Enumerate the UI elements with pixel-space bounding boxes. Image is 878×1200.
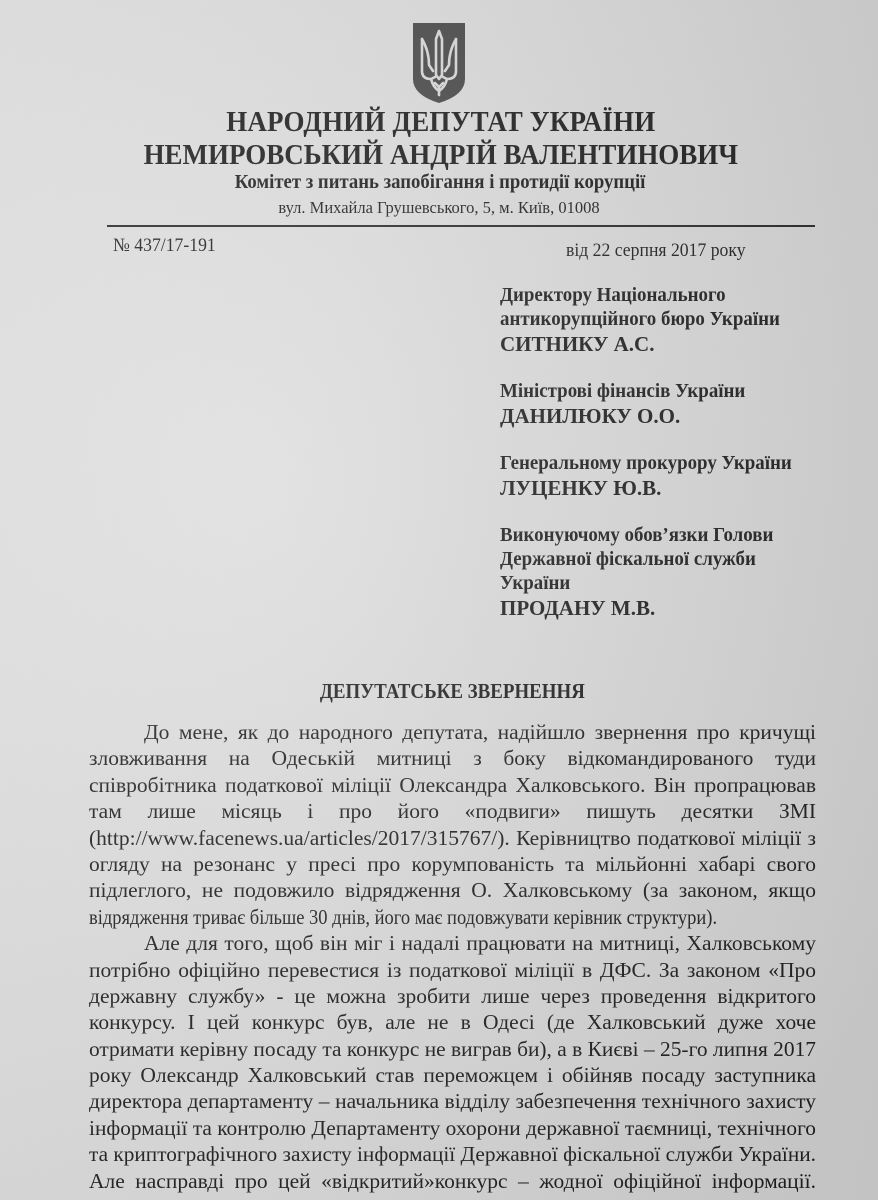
- body-line: Але для того, щоб він міг і надалі працю…: [89, 930, 816, 956]
- outgoing-number: № 437/17-191: [113, 235, 216, 257]
- body-line: року Олександр Халковський став переможц…: [89, 1062, 816, 1088]
- body-paragraph: Але для того, щоб він міг і надалі працю…: [89, 930, 816, 1194]
- body-line: та криптографічного захисту інформації Д…: [89, 1141, 816, 1167]
- recipients-block: Директору Національного антикорупційного…: [500, 284, 870, 644]
- body-line: там лише місяць і про його «подвиги» пиш…: [89, 798, 816, 824]
- body-line: державну службу» - це можна зробити лише…: [89, 983, 816, 1009]
- body-line: директора департаменту – начальника відд…: [89, 1088, 816, 1114]
- recipient-name: ПРОДАНУ М.В.: [500, 596, 870, 621]
- recipient-position-line: антикорупційного бюро України: [500, 308, 859, 332]
- recipient-position-line: Директору Національного: [500, 284, 859, 308]
- body-line: підлеглого, не подовжило відрядження О. …: [89, 877, 816, 903]
- recipient-name: ДАНИЛЮКУ О.О.: [500, 404, 870, 429]
- letterhead-address: вул. Михайла Грушевського, 5, м. Київ, 0…: [0, 198, 878, 218]
- letter-body: До мене, як до народного депутата, надій…: [89, 719, 816, 1194]
- ukraine-trident-coat-of-arms-icon: [411, 21, 467, 105]
- recipient-position-line: Генеральному прокурору України: [500, 452, 859, 476]
- letterhead-committee: Комітет з питань запобігання і протидії …: [19, 172, 862, 194]
- letterhead-deputy-name: НЕМИРОВСЬКИЙ АНДРІЙ ВАЛЕНТИНОВИЧ: [33, 139, 850, 172]
- recipient-name: СИТНИКУ А.С.: [500, 332, 870, 357]
- document-title: ДЕПУТАТСЬКЕ ЗВЕРНЕННЯ: [56, 679, 848, 704]
- scanned-letter-page: НАРОДНИЙ ДЕПУТАТ УКРАЇНИ НЕМИРОВСЬКИЙ АН…: [0, 0, 878, 1200]
- body-line: отримати керівну посаду та конкурс не ви…: [89, 1036, 816, 1062]
- recipient-position-line: Виконуючому обов’язки Голови: [500, 524, 859, 548]
- body-line: інформації та контролю Департаменту охор…: [89, 1115, 816, 1141]
- body-line: конкурсу. І цей конкурс був, але не в Од…: [89, 1009, 816, 1035]
- recipient-prosecutor-general: Генеральному прокурору України ЛУЦЕНКУ Ю…: [500, 452, 870, 501]
- recipient-position-line: Державної фіскальної служби: [500, 548, 859, 572]
- body-line: відрядження триває більше 30 днів, його …: [89, 904, 816, 930]
- body-line: зловживання на Одеській митниці з боку в…: [89, 745, 816, 771]
- recipient-nabu-director: Директору Національного антикорупційного…: [500, 284, 870, 357]
- body-line: (http://www.facenews.ua/articles/2017/31…: [89, 825, 816, 851]
- recipient-position-line: України: [500, 572, 859, 596]
- letter-date: від 22 серпня 2017 року: [566, 240, 746, 262]
- header-divider: [107, 225, 815, 227]
- recipient-position-line: Міністрові фінансів України: [500, 380, 859, 404]
- letterhead-title: НАРОДНИЙ ДЕПУТАТ УКРАЇНИ: [33, 106, 850, 139]
- body-line: Але насправді про цей «відкритий»конкурс…: [89, 1168, 816, 1194]
- body-line: потрібно офіційно перевестися із податко…: [89, 957, 816, 983]
- recipient-finance-minister: Міністрові фінансів України ДАНИЛЮКУ О.О…: [500, 380, 870, 429]
- body-line: До мене, як до народного депутата, надій…: [89, 719, 816, 745]
- body-line: огляду на резонанс у пресі про корумпова…: [89, 851, 816, 877]
- recipient-fiscal-service-head: Виконуючому обов’язки Голови Державної ф…: [500, 524, 870, 621]
- recipient-name: ЛУЦЕНКУ Ю.В.: [500, 476, 870, 501]
- body-line: співробітника податкової міліції Олексан…: [89, 772, 816, 798]
- body-paragraph: До мене, як до народного депутата, надій…: [89, 719, 816, 930]
